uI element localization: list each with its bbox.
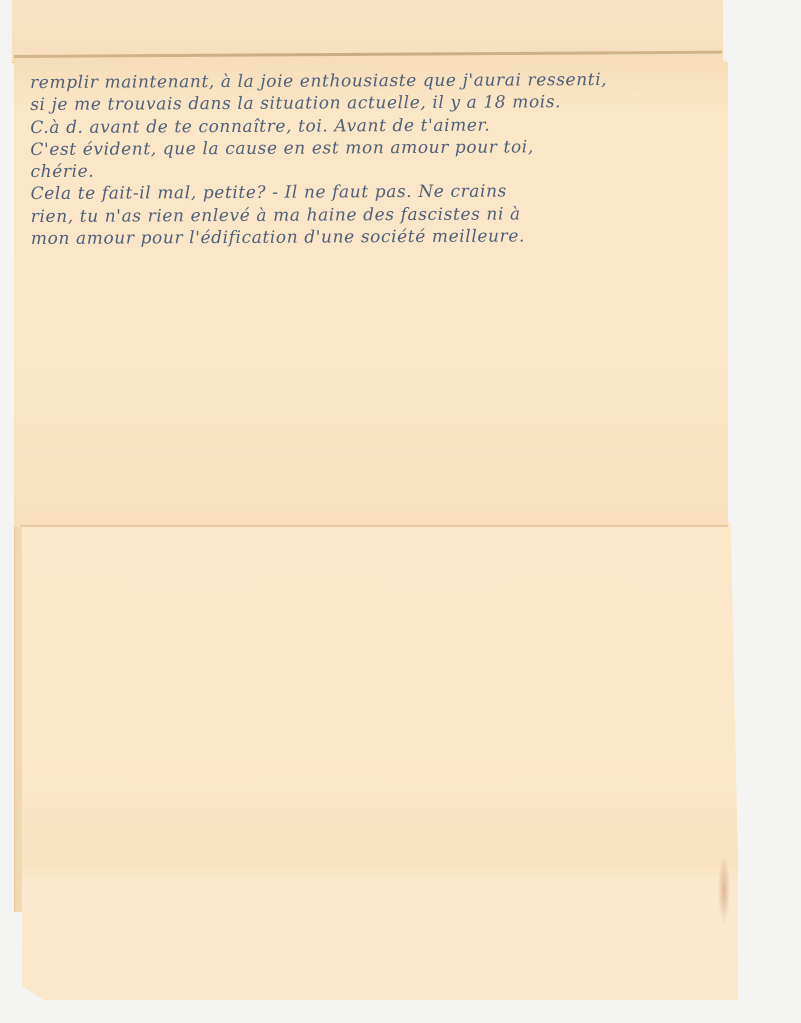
paper-lower-panel bbox=[22, 522, 738, 1000]
fold-crease-middle bbox=[20, 525, 728, 527]
letter-line: mon amour pour l'édification d'une socié… bbox=[31, 224, 731, 250]
letter-text: remplir maintenant, à la joie enthousias… bbox=[30, 68, 731, 250]
paper-stain bbox=[718, 855, 730, 925]
